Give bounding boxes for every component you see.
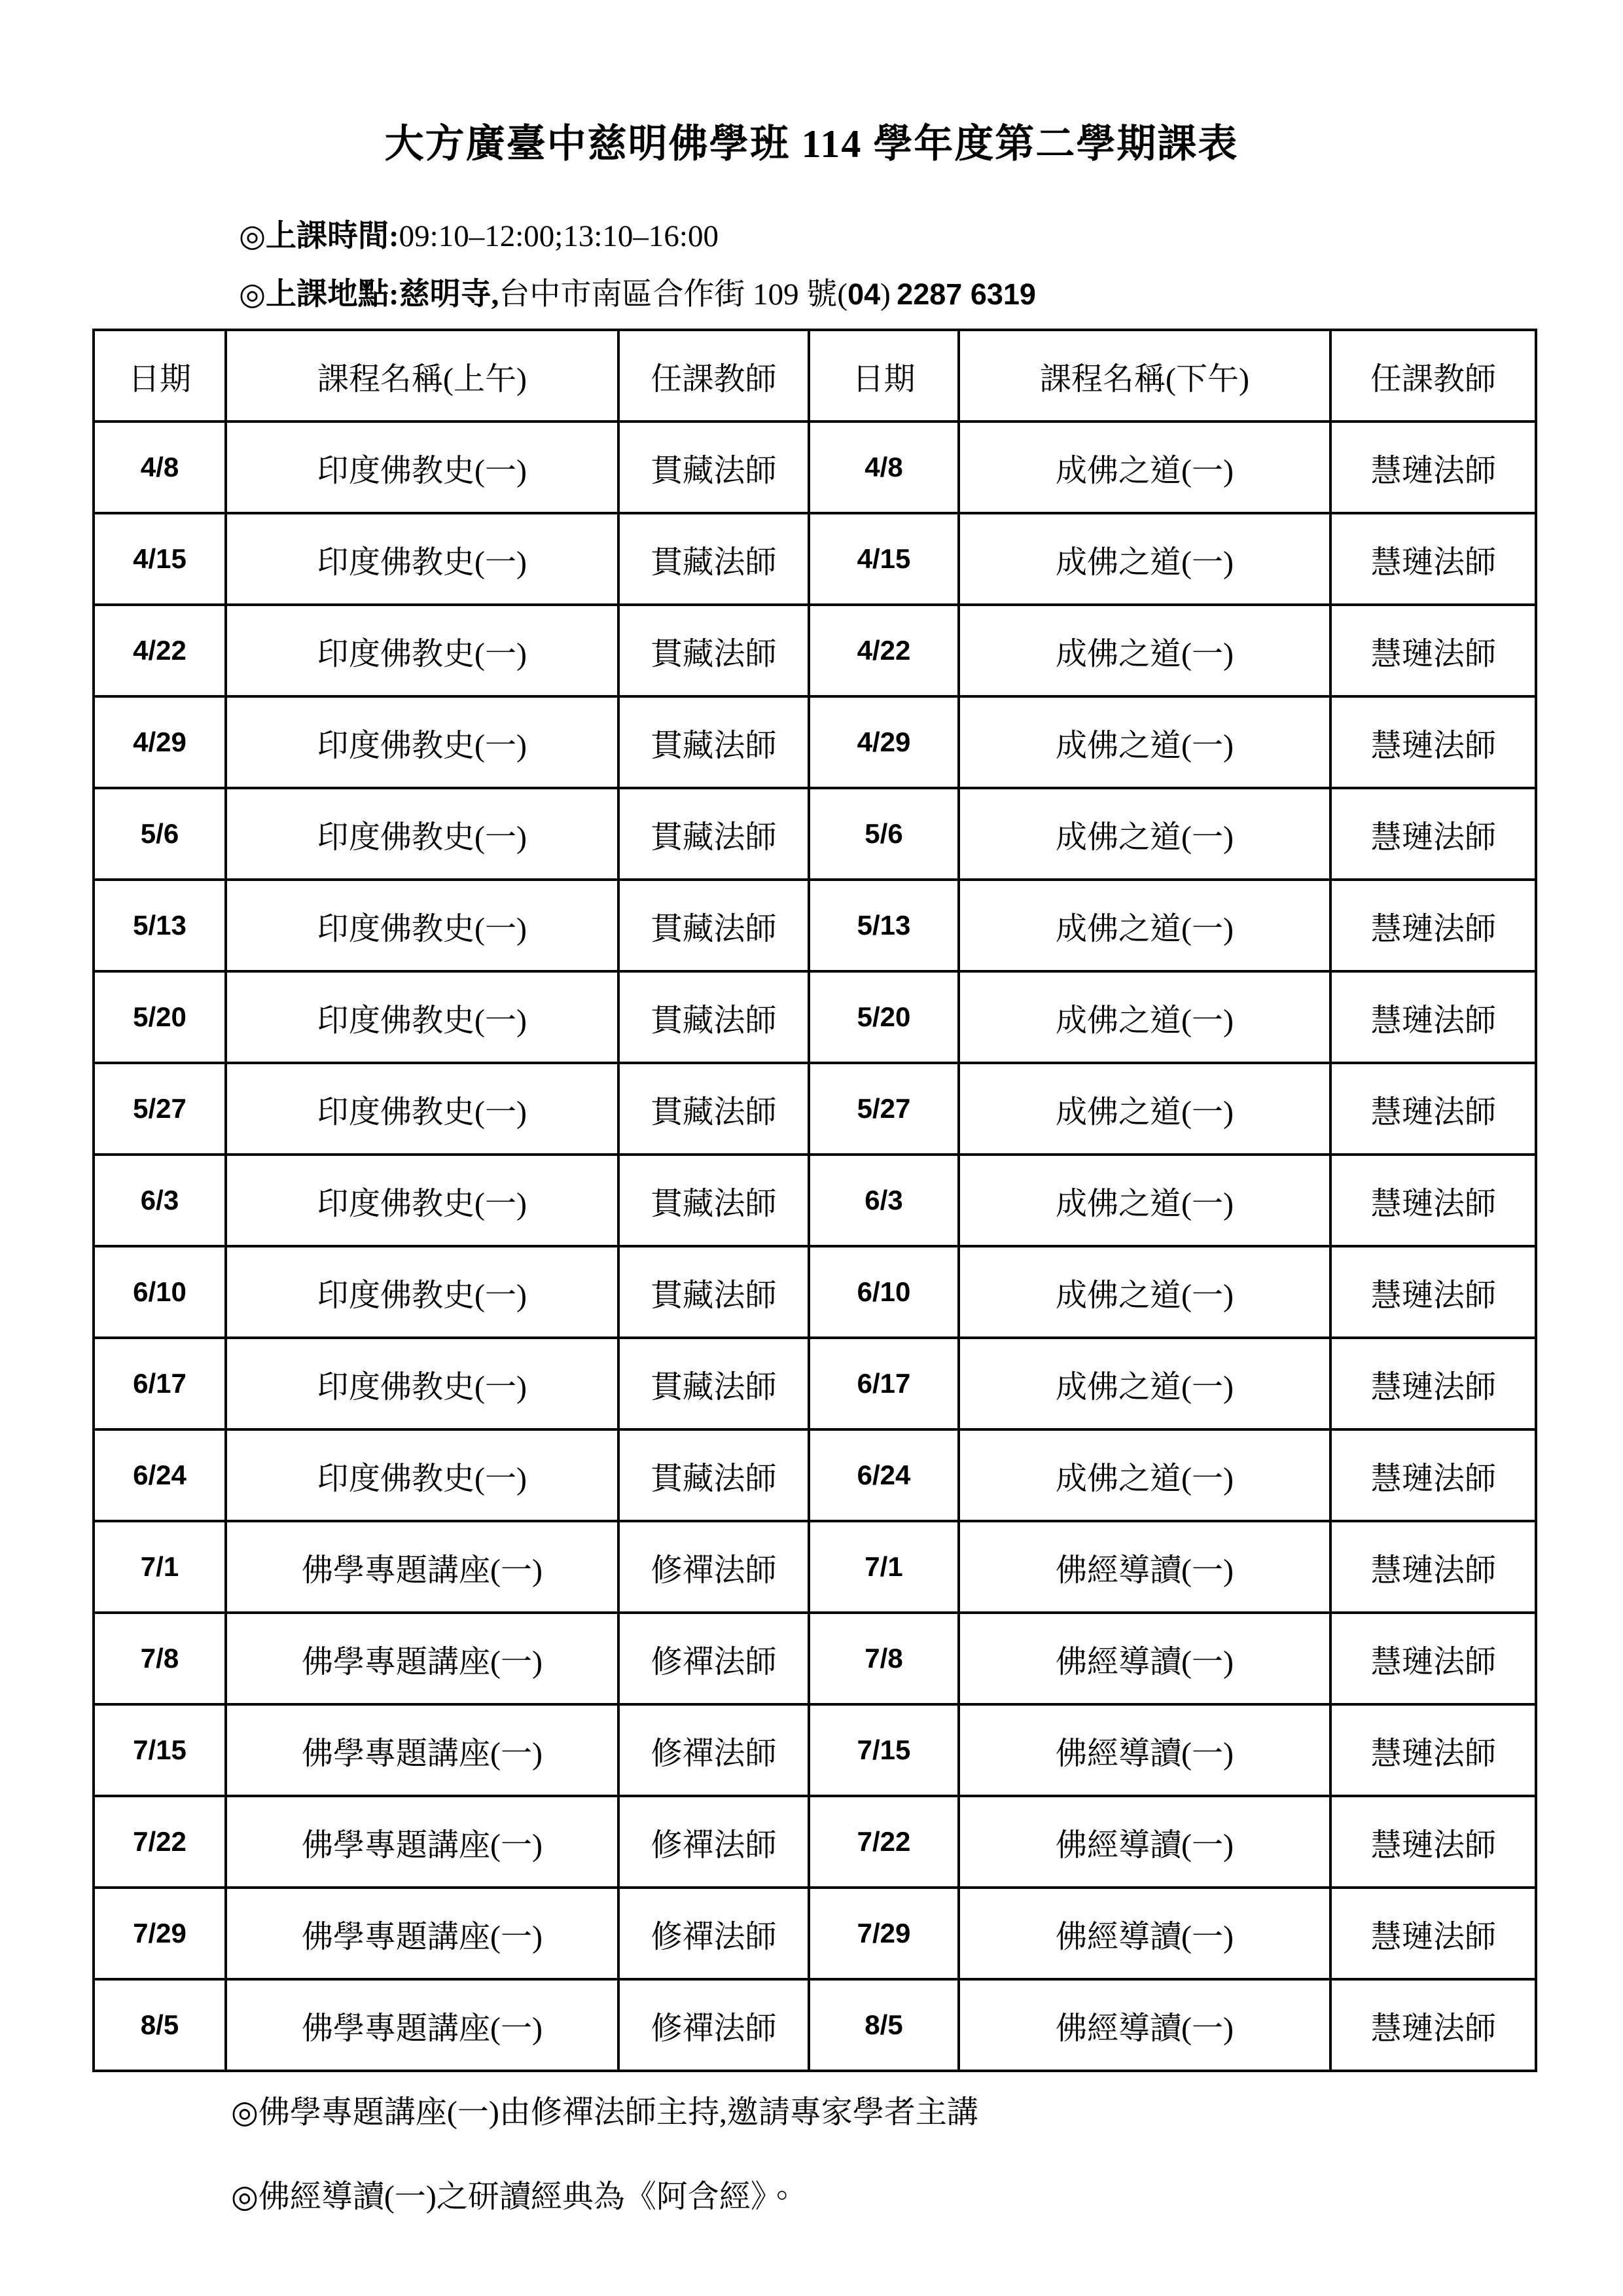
am-teacher-cell: 貫藏法師 (618, 971, 809, 1063)
phone-paren-close: ) (880, 278, 891, 312)
class-location-place: 慈明寺, (399, 278, 499, 312)
date-cell: 4/22 (809, 605, 959, 696)
header-cell-2: 任課教師 (618, 330, 809, 422)
pm-teacher-cell: 慧璉法師 (1330, 880, 1536, 971)
date-cell: 6/3 (809, 1155, 959, 1246)
phone-number: 2287 6319 (897, 278, 1036, 311)
am-teacher-cell: 修禪法師 (618, 1704, 809, 1796)
am-course-cell: 佛學專題講座(一) (226, 1979, 618, 2071)
table-row: 6/3印度佛教史(一)貫藏法師6/3成佛之道(一)慧璉法師 (94, 1155, 1536, 1246)
pm-teacher-cell: 慧璉法師 (1330, 422, 1536, 513)
header-cell-1: 課程名稱(上午) (226, 330, 618, 422)
pm-teacher-cell: 慧璉法師 (1330, 1521, 1536, 1613)
table-row: 7/29佛學專題講座(一)修禪法師7/29佛經導讀(一)慧璉法師 (94, 1888, 1536, 1979)
date-cell: 5/6 (94, 788, 226, 880)
am-teacher-cell: 修禪法師 (618, 1796, 809, 1888)
am-course-cell: 印度佛教史(一) (226, 513, 618, 605)
pm-course-cell: 成佛之道(一) (959, 1338, 1330, 1429)
table-row: 7/15佛學專題講座(一)修禪法師7/15佛經導讀(一)慧璉法師 (94, 1704, 1536, 1796)
date-cell: 5/20 (809, 971, 959, 1063)
pm-teacher-cell: 慧璉法師 (1330, 1338, 1536, 1429)
date-cell: 7/22 (94, 1796, 226, 1888)
am-course-cell: 佛學專題講座(一) (226, 1521, 618, 1613)
date-cell: 7/29 (809, 1888, 959, 1979)
date-cell: 7/15 (809, 1704, 959, 1796)
date-cell: 6/3 (94, 1155, 226, 1246)
pm-teacher-cell: 慧璉法師 (1330, 971, 1536, 1063)
am-course-cell: 印度佛教史(一) (226, 1429, 618, 1521)
table-row: 7/8佛學專題講座(一)修禪法師7/8佛經導讀(一)慧璉法師 (94, 1613, 1536, 1704)
date-cell: 4/29 (94, 696, 226, 788)
class-location-line: ◎上課地點:慈明寺,台中市南區合作街 109 號(04) 2287 6319 (239, 279, 1623, 310)
pm-course-cell: 成佛之道(一) (959, 513, 1330, 605)
document-page: 大方廣臺中慈明佛學班 114 學年度第二學期課表 ◎上課時間:09:10–12:… (0, 0, 1623, 2296)
am-teacher-cell: 貫藏法師 (618, 880, 809, 971)
header-cell-3: 日期 (809, 330, 959, 422)
class-time-value: 09:10–12:00;13:10–16:00 (399, 219, 719, 253)
pm-teacher-cell: 慧璉法師 (1330, 1888, 1536, 1979)
pm-course-cell: 成佛之道(一) (959, 971, 1330, 1063)
pm-course-cell: 成佛之道(一) (959, 1429, 1330, 1521)
schedule-table: 日期課程名稱(上午)任課教師日期課程名稱(下午)任課教師 4/8印度佛教史(一)… (92, 329, 1537, 2072)
pm-course-cell: 佛經導讀(一) (959, 1979, 1330, 2071)
am-teacher-cell: 貫藏法師 (618, 513, 809, 605)
date-cell: 7/22 (809, 1796, 959, 1888)
date-cell: 5/27 (809, 1063, 959, 1155)
pm-teacher-cell: 慧璉法師 (1330, 1155, 1536, 1246)
date-cell: 5/13 (809, 880, 959, 971)
pm-teacher-cell: 慧璉法師 (1330, 1063, 1536, 1155)
table-row: 5/27印度佛教史(一)貫藏法師5/27成佛之道(一)慧璉法師 (94, 1063, 1536, 1155)
pm-teacher-cell: 慧璉法師 (1330, 1246, 1536, 1338)
am-course-cell: 佛學專題講座(一) (226, 1613, 618, 1704)
pm-teacher-cell: 慧璉法師 (1330, 696, 1536, 788)
class-location-address: 台中市南區合作街 109 號( (499, 278, 847, 312)
note-lecture: ◎佛學專題講座(一)由修禪法師主持,邀請專家學者主講 (231, 2096, 1623, 2130)
pm-course-cell: 佛經導讀(一) (959, 1796, 1330, 1888)
pm-teacher-cell: 慧璉法師 (1330, 605, 1536, 696)
pm-course-cell: 成佛之道(一) (959, 422, 1330, 513)
pm-course-cell: 佛經導讀(一) (959, 1521, 1330, 1613)
table-row: 5/20印度佛教史(一)貫藏法師5/20成佛之道(一)慧璉法師 (94, 971, 1536, 1063)
date-cell: 7/8 (809, 1613, 959, 1704)
am-course-cell: 印度佛教史(一) (226, 422, 618, 513)
table-row: 5/6印度佛教史(一)貫藏法師5/6成佛之道(一)慧璉法師 (94, 788, 1536, 880)
pm-course-cell: 成佛之道(一) (959, 1246, 1330, 1338)
am-teacher-cell: 修禪法師 (618, 1979, 809, 2071)
am-course-cell: 印度佛教史(一) (226, 696, 618, 788)
pm-course-cell: 成佛之道(一) (959, 880, 1330, 971)
pm-course-cell: 成佛之道(一) (959, 605, 1330, 696)
am-teacher-cell: 貫藏法師 (618, 1338, 809, 1429)
date-cell: 6/24 (809, 1429, 959, 1521)
am-teacher-cell: 貫藏法師 (618, 696, 809, 788)
table-body: 4/8印度佛教史(一)貫藏法師4/8成佛之道(一)慧璉法師4/15印度佛教史(一… (94, 422, 1536, 2071)
date-cell: 4/29 (809, 696, 959, 788)
am-teacher-cell: 修禪法師 (618, 1613, 809, 1704)
pm-course-cell: 佛經導讀(一) (959, 1613, 1330, 1704)
page-title: 大方廣臺中慈明佛學班 114 學年度第二學期課表 (0, 124, 1623, 164)
table-row: 6/10印度佛教史(一)貫藏法師6/10成佛之道(一)慧璉法師 (94, 1246, 1536, 1338)
date-cell: 6/10 (809, 1246, 959, 1338)
am-course-cell: 印度佛教史(一) (226, 1338, 618, 1429)
note-reading: ◎佛經導讀(一)之研讀經典為《阿含經》。 (231, 2180, 1623, 2215)
pm-teacher-cell: 慧璉法師 (1330, 513, 1536, 605)
pm-course-cell: 成佛之道(一) (959, 696, 1330, 788)
class-time-label: ◎上課時間: (239, 219, 399, 253)
table-row: 8/5佛學專題講座(一)修禪法師8/5佛經導讀(一)慧璉法師 (94, 1979, 1536, 2071)
date-cell: 5/20 (94, 971, 226, 1063)
table-row: 7/1佛學專題講座(一)修禪法師7/1佛經導讀(一)慧璉法師 (94, 1521, 1536, 1613)
am-teacher-cell: 貫藏法師 (618, 422, 809, 513)
pm-course-cell: 成佛之道(一) (959, 1155, 1330, 1246)
table-row: 6/17印度佛教史(一)貫藏法師6/17成佛之道(一)慧璉法師 (94, 1338, 1536, 1429)
table-row: 4/29印度佛教史(一)貫藏法師4/29成佛之道(一)慧璉法師 (94, 696, 1536, 788)
am-teacher-cell: 貫藏法師 (618, 1155, 809, 1246)
table-row: 4/22印度佛教史(一)貫藏法師4/22成佛之道(一)慧璉法師 (94, 605, 1536, 696)
date-cell: 5/27 (94, 1063, 226, 1155)
pm-teacher-cell: 慧璉法師 (1330, 788, 1536, 880)
am-course-cell: 印度佛教史(一) (226, 1246, 618, 1338)
date-cell: 8/5 (94, 1979, 226, 2071)
header-cell-5: 任課教師 (1330, 330, 1536, 422)
date-cell: 6/17 (94, 1338, 226, 1429)
am-teacher-cell: 貫藏法師 (618, 605, 809, 696)
header-cell-0: 日期 (94, 330, 226, 422)
am-teacher-cell: 貫藏法師 (618, 1063, 809, 1155)
am-course-cell: 印度佛教史(一) (226, 1155, 618, 1246)
am-course-cell: 佛學專題講座(一) (226, 1796, 618, 1888)
date-cell: 4/8 (809, 422, 959, 513)
date-cell: 5/6 (809, 788, 959, 880)
date-cell: 4/15 (94, 513, 226, 605)
table-row: 7/22佛學專題講座(一)修禪法師7/22佛經導讀(一)慧璉法師 (94, 1796, 1536, 1888)
date-cell: 7/1 (809, 1521, 959, 1613)
am-teacher-cell: 貫藏法師 (618, 788, 809, 880)
am-course-cell: 印度佛教史(一) (226, 1063, 618, 1155)
am-teacher-cell: 貫藏法師 (618, 1246, 809, 1338)
pm-teacher-cell: 慧璉法師 (1330, 1704, 1536, 1796)
pm-course-cell: 佛經導讀(一) (959, 1888, 1330, 1979)
class-time-line: ◎上課時間:09:10–12:00;13:10–16:00 (239, 221, 1623, 252)
header-cell-4: 課程名稱(下午) (959, 330, 1330, 422)
date-cell: 7/8 (94, 1613, 226, 1704)
date-cell: 4/22 (94, 605, 226, 696)
am-teacher-cell: 貫藏法師 (618, 1429, 809, 1521)
table-row: 6/24印度佛教史(一)貫藏法師6/24成佛之道(一)慧璉法師 (94, 1429, 1536, 1521)
table-row: 4/15印度佛教史(一)貫藏法師4/15成佛之道(一)慧璉法師 (94, 513, 1536, 605)
date-cell: 7/15 (94, 1704, 226, 1796)
date-cell: 6/10 (94, 1246, 226, 1338)
phone-area-code: 04 (847, 278, 880, 311)
class-location-label: ◎上課地點: (239, 278, 399, 312)
am-course-cell: 印度佛教史(一) (226, 788, 618, 880)
pm-course-cell: 成佛之道(一) (959, 1063, 1330, 1155)
table-row: 5/13印度佛教史(一)貫藏法師5/13成佛之道(一)慧璉法師 (94, 880, 1536, 971)
pm-teacher-cell: 慧璉法師 (1330, 1613, 1536, 1704)
table-row: 4/8印度佛教史(一)貫藏法師4/8成佛之道(一)慧璉法師 (94, 422, 1536, 513)
date-cell: 8/5 (809, 1979, 959, 2071)
date-cell: 7/29 (94, 1888, 226, 1979)
date-cell: 6/24 (94, 1429, 226, 1521)
date-cell: 7/1 (94, 1521, 226, 1613)
am-course-cell: 印度佛教史(一) (226, 880, 618, 971)
pm-course-cell: 佛經導讀(一) (959, 1704, 1330, 1796)
am-course-cell: 佛學專題講座(一) (226, 1704, 618, 1796)
am-course-cell: 印度佛教史(一) (226, 971, 618, 1063)
date-cell: 5/13 (94, 880, 226, 971)
pm-teacher-cell: 慧璉法師 (1330, 1429, 1536, 1521)
pm-teacher-cell: 慧璉法師 (1330, 1979, 1536, 2071)
date-cell: 4/15 (809, 513, 959, 605)
pm-teacher-cell: 慧璉法師 (1330, 1796, 1536, 1888)
am-course-cell: 印度佛教史(一) (226, 605, 618, 696)
am-course-cell: 佛學專題講座(一) (226, 1888, 618, 1979)
pm-course-cell: 成佛之道(一) (959, 788, 1330, 880)
date-cell: 4/8 (94, 422, 226, 513)
table-header-row: 日期課程名稱(上午)任課教師日期課程名稱(下午)任課教師 (94, 330, 1536, 422)
am-teacher-cell: 修禪法師 (618, 1521, 809, 1613)
am-teacher-cell: 修禪法師 (618, 1888, 809, 1979)
date-cell: 6/17 (809, 1338, 959, 1429)
